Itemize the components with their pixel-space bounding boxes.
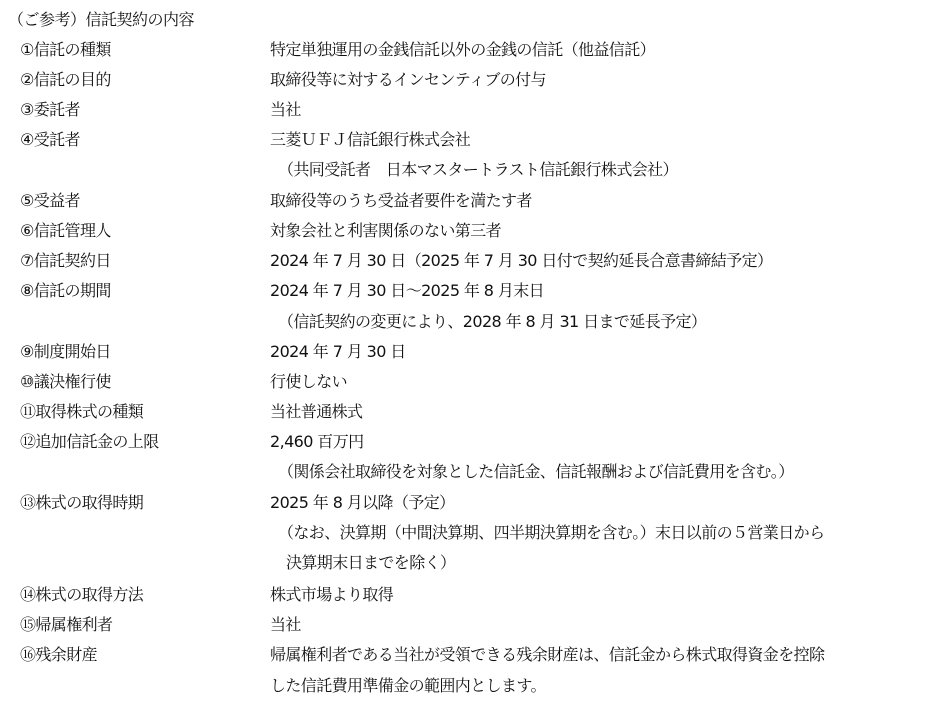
item-label-trust-administrator: ⑥信託管理人 bbox=[20, 217, 111, 245]
item-value-additional-trust-limit: 2,460 百万円 bbox=[270, 428, 364, 456]
item-label-trust-period: ⑧信託の期間 bbox=[20, 277, 111, 305]
item-value-trustee: 三菱ＵＦＪ信託銀行株式会社 bbox=[270, 126, 470, 154]
item-value-additional-trust-limit-note: （関係会社取締役を対象とした信託金、信託報酬および信託費用を含む。） bbox=[278, 458, 794, 486]
item-label-vested-holder: ⑮帰属権利者 bbox=[20, 611, 112, 639]
item-value-trustee-note: （共同受託者 日本マスタートラスト信託銀行株式会社） bbox=[278, 156, 678, 184]
item-value-trust-period: 2024 年 7 月 30 日～2025 年 8 月末日 bbox=[270, 277, 544, 305]
item-value-vested-holder: 当社 bbox=[270, 611, 301, 639]
item-label-trust-type: ①信託の種類 bbox=[20, 36, 111, 64]
item-label-beneficiary: ⑤受益者 bbox=[20, 187, 80, 215]
document-title: （ご参考）信託契約の内容 bbox=[8, 6, 194, 34]
item-label-trust-purpose: ②信託の目的 bbox=[20, 66, 111, 94]
item-value-trust-type: 特定単独運用の金銭信託以外の金銭の信託（他益信託） bbox=[270, 36, 655, 64]
item-label-voting-rights: ⑩議決権行使 bbox=[20, 368, 111, 396]
item-label-start-date: ⑨制度開始日 bbox=[20, 338, 111, 366]
item-label-contract-date: ⑦信託契約日 bbox=[20, 247, 111, 275]
item-value-acquisition-period: 2025 年 8 月以降（予定） bbox=[270, 489, 455, 517]
item-value-acquisition-period-note: （なお、決算期（中間決算期、四半期決算期を含む。）末日以前の５営業日から bbox=[278, 519, 824, 547]
item-label-acquisition-method: ⑭株式の取得方法 bbox=[20, 581, 143, 609]
item-value-trustor: 当社 bbox=[270, 96, 301, 124]
item-value-contract-date: 2024 年 7 月 30 日（2025 年 7 月 30 日付で契約延長合意書… bbox=[270, 247, 772, 275]
item-label-acquisition-period: ⑬株式の取得時期 bbox=[20, 489, 143, 517]
item-value-acquisition-method: 株式市場より取得 bbox=[270, 581, 393, 609]
item-value-residual-assets: 帰属権利者である当社が受領できる残余財産は、信託金から株式取得資金を控除 bbox=[270, 641, 824, 669]
item-value-acquisition-period-note-cont: 決算期末日までを除く） bbox=[286, 549, 455, 577]
item-label-share-type: ⑪取得株式の種類 bbox=[20, 398, 143, 426]
item-value-share-type: 当社普通株式 bbox=[270, 398, 362, 426]
item-label-additional-trust-limit: ⑫追加信託金の上限 bbox=[20, 428, 159, 456]
item-label-trustor: ③委託者 bbox=[20, 96, 80, 124]
item-label-trustee: ④受託者 bbox=[20, 126, 80, 154]
item-value-trust-administrator: 対象会社と利害関係のない第三者 bbox=[270, 217, 501, 245]
item-value-trust-period-note: （信託契約の変更により、2028 年 8 月 31 日まで延長予定） bbox=[278, 308, 706, 336]
item-value-residual-assets-cont: した信託費用準備金の範囲内とします。 bbox=[270, 672, 546, 700]
item-value-trust-purpose: 取締役等に対するインセンティブの付与 bbox=[270, 66, 546, 94]
item-value-voting-rights: 行使しない bbox=[270, 368, 347, 396]
item-value-start-date: 2024 年 7 月 30 日 bbox=[270, 338, 406, 366]
item-label-residual-assets: ⑯残余財産 bbox=[20, 641, 97, 669]
item-value-beneficiary: 取締役等のうち受益者要件を満たす者 bbox=[270, 187, 532, 215]
